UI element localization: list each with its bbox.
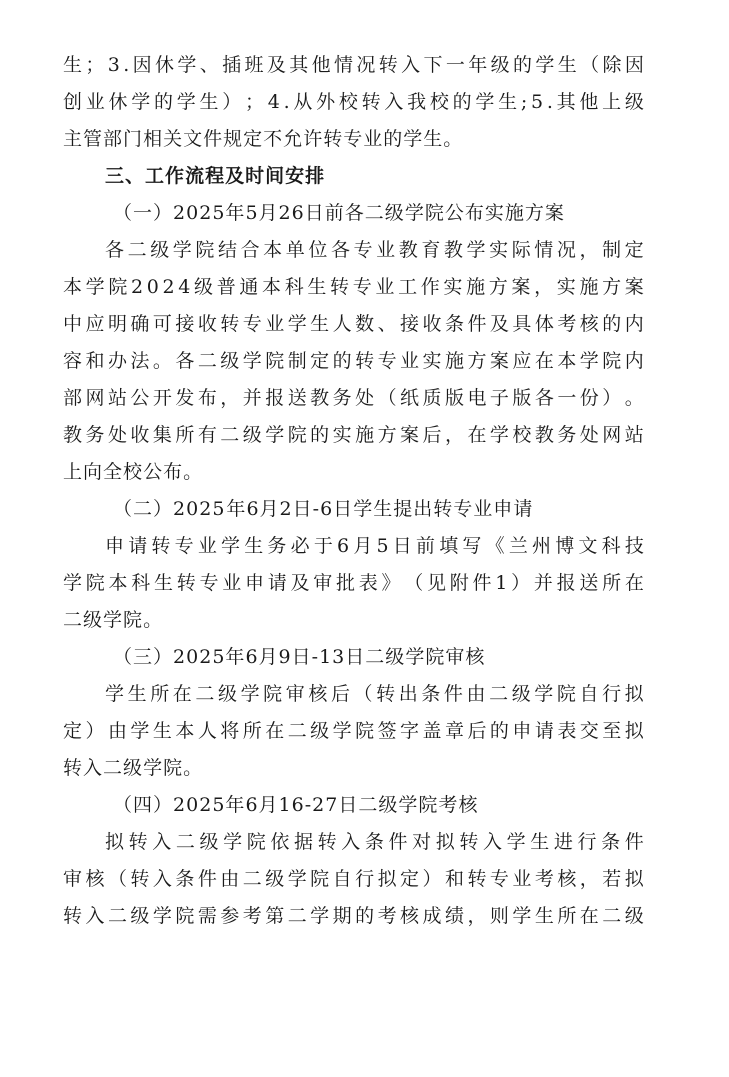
body-text-line: 转入二级学院。 [63, 750, 644, 787]
body-text-line: 二级学院。 [63, 602, 644, 639]
section-heading: 三、工作流程及时间安排 [63, 158, 644, 195]
body-text-line: 主管部门相关文件规定不允许转专业的学生。 [63, 121, 644, 158]
body-text-line: 容和办法。各二级学院制定的转专业实施方案应在本学院内 [63, 343, 644, 380]
body-text-line: 申请转专业学生务必于6月5日前填写《兰州博文科技 [63, 528, 644, 565]
subsection-heading: （二）2025 年6月2日-6日学生提出转专业申请 [63, 491, 644, 528]
body-text-line: 学生所在二级学院审核后（转出条件由二级学院自行拟 [63, 676, 644, 713]
body-text-line: 各二级学院结合本单位各专业教育教学实际情况，制定 [63, 232, 644, 269]
body-text-line: 教务处收集所有二级学院的实施方案后，在学校教务处网站 [63, 417, 644, 454]
body-text-line: 生；3.因休学、插班及其他情况转入下一年级的学生（除因 [63, 47, 644, 84]
body-text-line: 转入二级学院需参考第二学期的考核成绩，则学生所在二级 [63, 898, 644, 935]
subsection-heading: （三）2025年6月9日-13日二级学院审核 [63, 639, 644, 676]
body-text-line: 学院本科生转专业申请及审批表》（见附件1）并报送所在 [63, 565, 644, 602]
document-page: 生；3.因休学、插班及其他情况转入下一年级的学生（除因创业休学的学生）；4.从外… [63, 47, 644, 935]
body-text-line: 拟转入二级学院依据转入条件对拟转入学生进行条件 [63, 824, 644, 861]
body-text-line: 审核（转入条件由二级学院自行拟定）和转专业考核，若拟 [63, 861, 644, 898]
subsection-heading: （四）2025年6月16-27日二级学院考核 [63, 787, 644, 824]
subsection-heading: （一）2025年5月26日前各二级学院公布实施方案 [63, 195, 644, 232]
body-text-line: 上向全校公布。 [63, 454, 644, 491]
body-text-line: 本学院2024级普通本科生转专业工作实施方案，实施方案 [63, 269, 644, 306]
body-text-line: 中应明确可接收转专业学生人数、接收条件及具体考核的内 [63, 306, 644, 343]
body-text-line: 定）由学生本人将所在二级学院签字盖章后的申请表交至拟 [63, 713, 644, 750]
body-text-line: 部网站公开发布，并报送教务处（纸质版电子版各一份）。 [63, 380, 644, 417]
body-text-line: 创业休学的学生）；4.从外校转入我校的学生;5.其他上级 [63, 84, 644, 121]
